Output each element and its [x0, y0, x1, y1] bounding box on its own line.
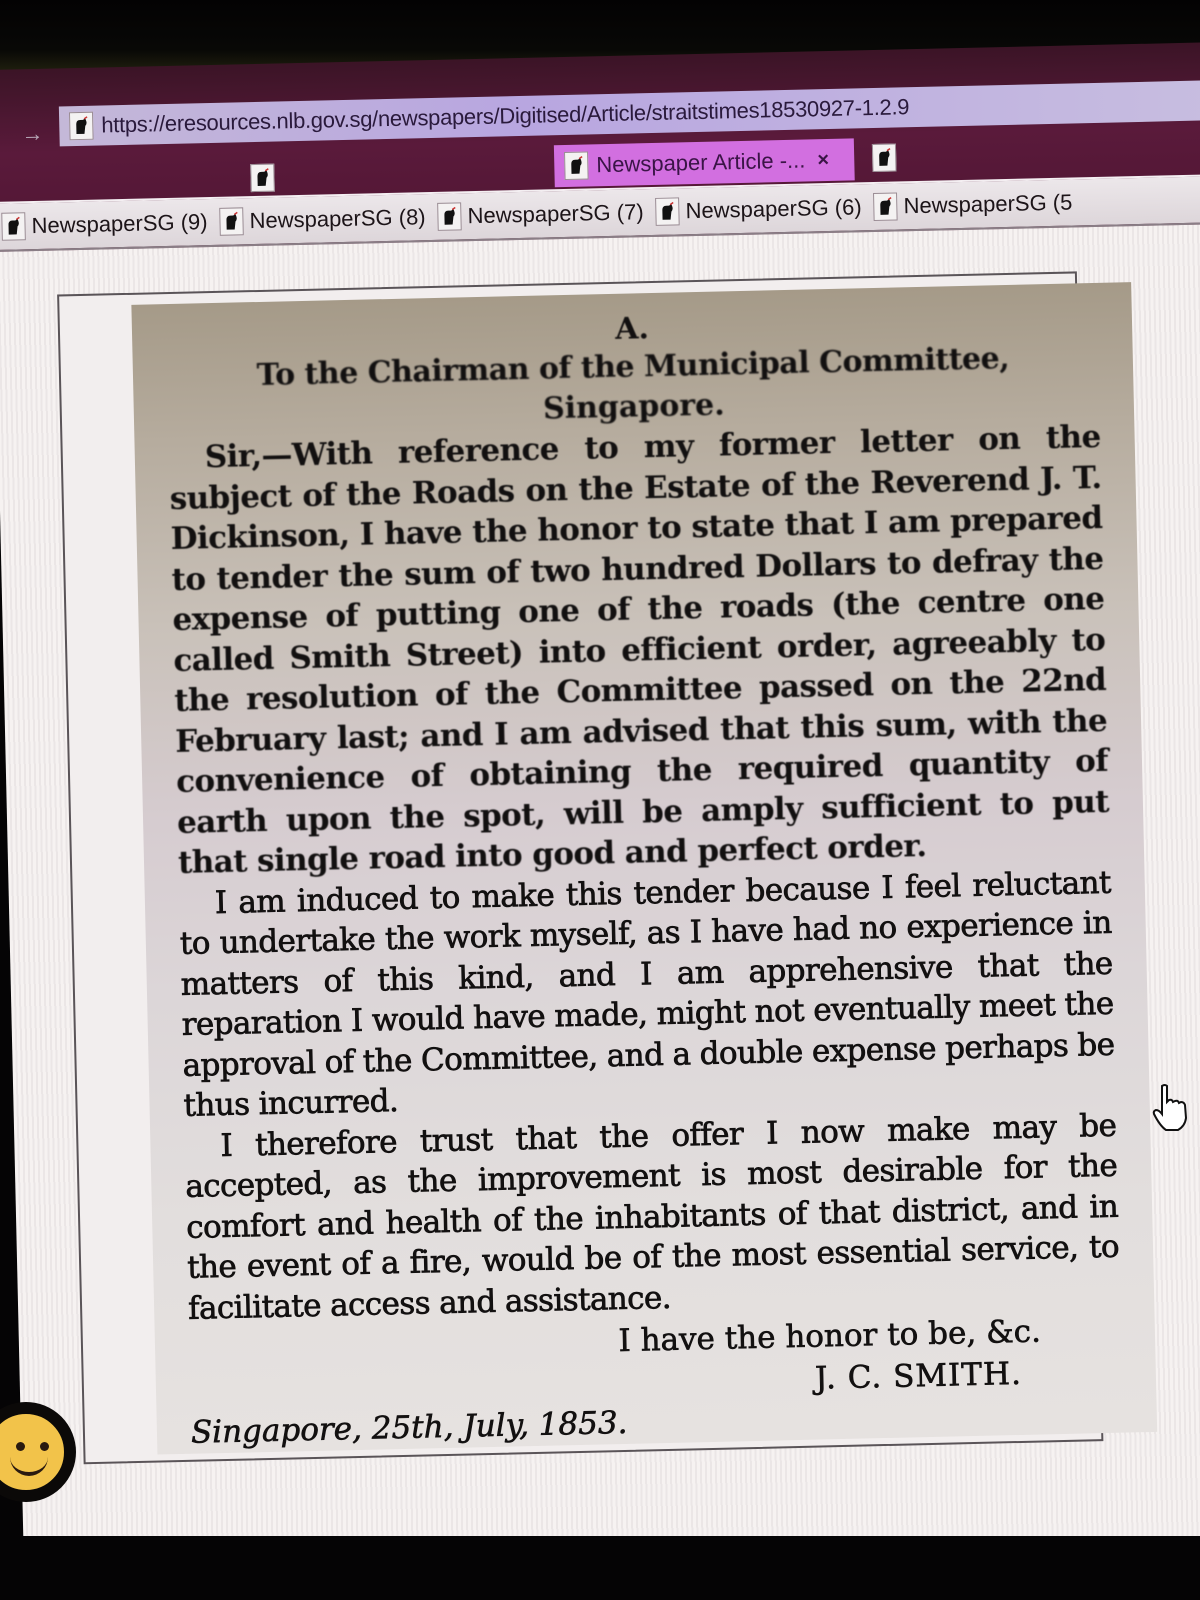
bookmark-label: NewspaperSG (7) — [467, 199, 644, 229]
newspapersg-favicon-icon — [437, 202, 462, 231]
bookmark-newspapersg-8[interactable]: NewspaperSG (8) — [219, 203, 426, 236]
bookmark-label: NewspaperSG (9) — [31, 209, 208, 239]
newspapersg-favicon-icon — [219, 207, 244, 236]
bookmark-label: NewspaperSG (6) — [685, 194, 862, 224]
address-bar[interactable]: https://eresources.nlb.gov.sg/newspapers… — [59, 80, 1200, 146]
newspapersg-favicon-icon — [655, 197, 680, 226]
hand-pointer-cursor-icon — [1150, 1082, 1190, 1134]
tab-label: Newspaper Article -... — [596, 148, 806, 179]
emoji-eye — [40, 1442, 49, 1451]
newspaper-clipping: A. To the Chairman of the Municipal Comm… — [131, 282, 1157, 1454]
article-paragraph: Sir,—With reference to my former letter … — [168, 417, 1110, 884]
bookmark-label: NewspaperSG (8) — [249, 204, 426, 234]
bookmark-newspapersg-5[interactable]: NewspaperSG (5 — [873, 188, 1072, 221]
pinned-tab-favicon-icon[interactable] — [250, 164, 275, 193]
bookmark-newspapersg-6[interactable]: NewspaperSG (6) — [655, 193, 862, 226]
newspapersg-favicon-icon — [69, 112, 94, 141]
newspapersg-favicon-icon — [564, 151, 589, 180]
monitor-bottom-bezel — [0, 1536, 1200, 1600]
emoji-mouth — [10, 1454, 48, 1476]
forward-arrow-icon[interactable]: → — [21, 121, 44, 147]
article-paragraph: I therefore trust that the offer I now m… — [184, 1105, 1120, 1329]
browser-window: → https://eresources.nlb.gov.sg/newspape… — [0, 42, 1200, 1570]
page-content: A. To the Chairman of the Municipal Comm… — [0, 224, 1200, 1572]
close-tab-icon[interactable]: × — [817, 148, 829, 171]
newspapersg-favicon-icon — [873, 192, 898, 221]
bookmark-newspapersg-7[interactable]: NewspaperSG (7) — [437, 198, 644, 231]
article-paragraph: I am induced to make this tender because… — [179, 862, 1116, 1126]
article-image-frame: A. To the Chairman of the Municipal Comm… — [57, 271, 1103, 1464]
url-text[interactable]: https://eresources.nlb.gov.sg/newspapers… — [101, 94, 909, 138]
tab-newspaper-article[interactable]: Newspaper Article -... × — [554, 138, 855, 187]
bookmark-newspapersg-9[interactable]: NewspaperSG (9) — [1, 208, 208, 241]
next-tab-favicon-icon[interactable] — [872, 143, 897, 172]
emoji-eye — [16, 1442, 25, 1451]
bookmark-label: NewspaperSG (5 — [903, 189, 1072, 219]
newspapersg-favicon-icon — [1, 212, 26, 241]
